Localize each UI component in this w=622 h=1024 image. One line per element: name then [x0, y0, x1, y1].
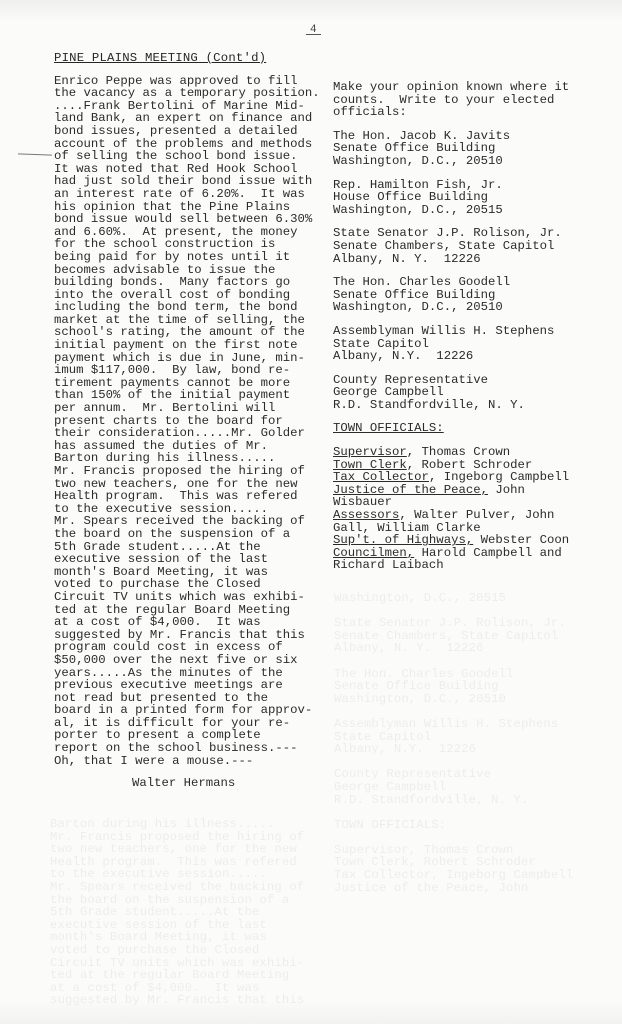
article-line: bond issues, presented a detailed — [54, 125, 316, 138]
address-line: Washington, D.C., 20510 — [333, 301, 603, 314]
officials-column: Make your opinion known where itcounts. … — [333, 81, 603, 572]
town-officials-list: Supervisor, Thomas CrownTown Clerk, Robe… — [333, 446, 603, 572]
article-line: their consideration.....Mr. Golder — [54, 427, 316, 440]
article-body: Enrico Peppe was approved to fillthe vac… — [54, 75, 316, 768]
article-line: Oh, that I were a mouse.--- — [54, 755, 316, 768]
article-signature: Walter Hermans — [54, 777, 316, 790]
address-line: House Office Building — [333, 191, 603, 204]
address-line: George Campbell — [333, 386, 603, 399]
article-line: including the bond term, the bond — [54, 301, 316, 314]
article-line: at a cost of $4,000. It was — [54, 616, 316, 629]
official-entry: Richard Laibach — [333, 559, 603, 572]
article-line: initial payment on the first note — [54, 339, 316, 352]
intro-paragraph: Make your opinion known where itcounts. … — [333, 81, 603, 119]
address-line: Assemblyman Willis H. Stephens — [333, 325, 603, 338]
address-list: The Hon. Jacob K. JavitsSenate Office Bu… — [333, 130, 603, 412]
article-line: Health program. This was refered — [54, 490, 316, 503]
address-block: State Senator J.P. Rolison, Jr.Senate Ch… — [333, 227, 603, 265]
article-line: being paid for by notes until it — [54, 251, 316, 264]
article-line: of selling the school bond issue. — [54, 150, 316, 163]
address-line: Senate Chambers, State Capitol — [333, 240, 603, 253]
address-block: The Hon. Charles GoodellSenate Office Bu… — [333, 276, 603, 314]
page-number: 4 — [306, 26, 321, 35]
address-line: Washington, D.C., 20515 — [333, 204, 603, 217]
article-column: PINE PLAINS MEETING (Cont'd) Enrico Pepp… — [54, 52, 316, 790]
intro-line: Make your opinion known where it — [333, 81, 603, 94]
address-line: R.D. Standfordville, N. Y. — [333, 399, 603, 412]
margin-pen-mark — [18, 153, 52, 155]
address-block: Rep. Hamilton Fish, Jr.House Office Buil… — [333, 179, 603, 217]
official-name: Richard Laibach — [333, 558, 444, 572]
article-line: executive session of the last — [54, 553, 316, 566]
bleed-through-text-right: Washington, D.C., 20515 State Senator J.… — [334, 592, 573, 894]
address-block: County RepresentativeGeorge CampbellR.D.… — [333, 374, 603, 412]
article-line: imum $117,000. By law, bond re- — [54, 364, 316, 377]
address-line: Washington, D.C., 20510 — [333, 155, 603, 168]
address-line: The Hon. Charles Goodell — [333, 276, 603, 289]
town-officials-heading: TOWN OFFICIALS: — [333, 422, 603, 435]
bleed-through-text-left: Barton during his illness..... Mr. Franc… — [50, 818, 304, 1007]
intro-line: officials: — [333, 106, 603, 119]
article-heading: PINE PLAINS MEETING (Cont'd) — [54, 52, 316, 65]
article-line: an interest rate of 6.20%. It was — [54, 188, 316, 201]
article-line: the vacancy as a temporary position. — [54, 87, 316, 100]
address-block: The Hon. Jacob K. JavitsSenate Office Bu… — [333, 130, 603, 168]
address-line: Albany, N.Y. 12226 — [333, 350, 603, 363]
article-line: board in a printed form for approv- — [54, 704, 316, 717]
article-line: bond issue would sell between 6.30% — [54, 213, 316, 226]
article-line: report on the school business.--- — [54, 742, 316, 755]
article-line: the board on the suspension of a — [54, 528, 316, 541]
official-name: John — [488, 483, 525, 497]
document-page: Barton during his illness..... Mr. Franc… — [0, 0, 622, 1024]
article-line: Mr. Francis proposed the hiring of — [54, 465, 316, 478]
address-block: Assemblyman Willis H. StephensState Capi… — [333, 325, 603, 363]
article-line: previous executive meetings are — [54, 679, 316, 692]
article-line: per annum. Mr. Bertolini will — [54, 402, 316, 415]
address-line: Albany, N. Y. 12226 — [333, 253, 603, 266]
article-line: Circuit TV units which was exhibi- — [54, 591, 316, 604]
article-line: $50,000 over the next five or six — [54, 654, 316, 667]
article-line: building bonds. Many factors go — [54, 276, 316, 289]
